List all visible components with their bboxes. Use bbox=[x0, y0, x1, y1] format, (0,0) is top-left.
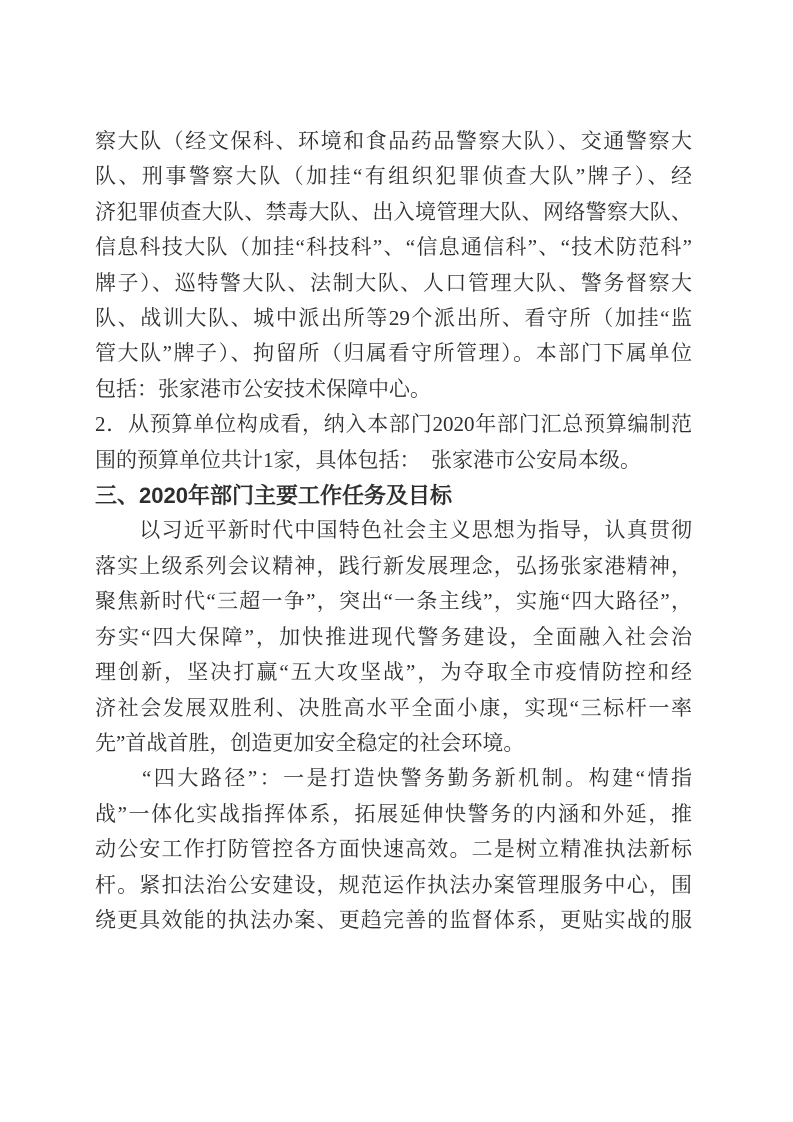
four-paths-paragraph-line-3: 动公安工作打防管控各方面快速高效。二是树立精准执法新标 bbox=[95, 832, 692, 867]
four-paths-paragraph-line-1: “四大路径”：一是打造快警务勤务新机制。构建“情指 bbox=[95, 761, 692, 796]
org-units-continued-line-8: 包括：张家港市公安技术保障中心。 bbox=[95, 372, 692, 407]
org-units-continued-line-6: 队、战训大队、城中派出所等29个派出所、看守所（加挂“监 bbox=[95, 301, 692, 336]
four-paths-paragraph-line-4: 杆。紧扣法治公安建设，规范运作执法办案管理服务中心，围 bbox=[95, 868, 692, 903]
org-units-continued-line-4: 信息科技大队（加挂“科技科”、“信息通信科”、“技术防范科” bbox=[95, 230, 692, 265]
org-units-continued-line-7: 管大队”牌子）、拘留所（归属看守所管理）。本部门下属单位 bbox=[95, 336, 692, 371]
guiding-ideology-paragraph-line-3: 聚焦新时代“三超一争”，突出“一条主线”，实施“四大路径”， bbox=[95, 584, 692, 619]
org-units-continued-line-3: 济犯罪侦查大队、禁毒大队、出入境管理大队、网络警察大队、 bbox=[95, 195, 692, 230]
guiding-ideology-paragraph-line-7: 先”首战首胜，创造更加安全稳定的社会环境。 bbox=[95, 726, 692, 761]
document-content: 察大队（经文保科、环境和食品药品警察大队）、交通警察大队、刑事警察大队（加挂“有… bbox=[95, 124, 692, 938]
org-units-continued-line-2: 队、刑事警察大队（加挂“有组织犯罪侦查大队”牌子）、经 bbox=[95, 159, 692, 194]
guiding-ideology-paragraph-line-6: 济社会发展双胜利、决胜高水平全面小康，实现“三标杆一率 bbox=[95, 691, 692, 726]
budget-unit-composition-line-2: 围的预算单位共计1家，具体包括： 张家港市公安局本级。 bbox=[95, 443, 692, 478]
guiding-ideology-paragraph-line-2: 落实上级系列会议精神，践行新发展理念，弘扬张家港精神， bbox=[95, 549, 692, 584]
guiding-ideology-paragraph-line-5: 理创新，坚决打赢“五大攻坚战”，为夺取全市疫情防控和经 bbox=[95, 655, 692, 690]
four-paths-paragraph-line-5: 绕更具效能的执法办案、更趋完善的监督体系，更贴实战的服 bbox=[95, 903, 692, 938]
org-units-continued-line-1: 察大队（经文保科、环境和食品药品警察大队）、交通警察大 bbox=[95, 124, 692, 159]
budget-unit-composition-line-1: 2．从预算单位构成看，纳入本部门2020年部门汇总预算编制范 bbox=[95, 407, 692, 442]
four-paths-paragraph-line-2: 战”一体化实战指挥体系，拓展延伸快警务的内涵和外延，推 bbox=[95, 797, 692, 832]
guiding-ideology-paragraph-line-1: 以习近平新时代中国特色社会主义思想为指导，认真贯彻 bbox=[95, 513, 692, 548]
org-units-continued-line-5: 牌子）、巡特警大队、法制大队、人口管理大队、警务督察大 bbox=[95, 266, 692, 301]
section-3-heading: 三、2020年部门主要工作任务及目标 bbox=[95, 478, 692, 513]
guiding-ideology-paragraph-line-4: 夯实“四大保障”，加快推进现代警务建设，全面融入社会治 bbox=[95, 620, 692, 655]
document-page: 察大队（经文保科、环境和食品药品警察大队）、交通警察大队、刑事警察大队（加挂“有… bbox=[0, 0, 793, 1122]
